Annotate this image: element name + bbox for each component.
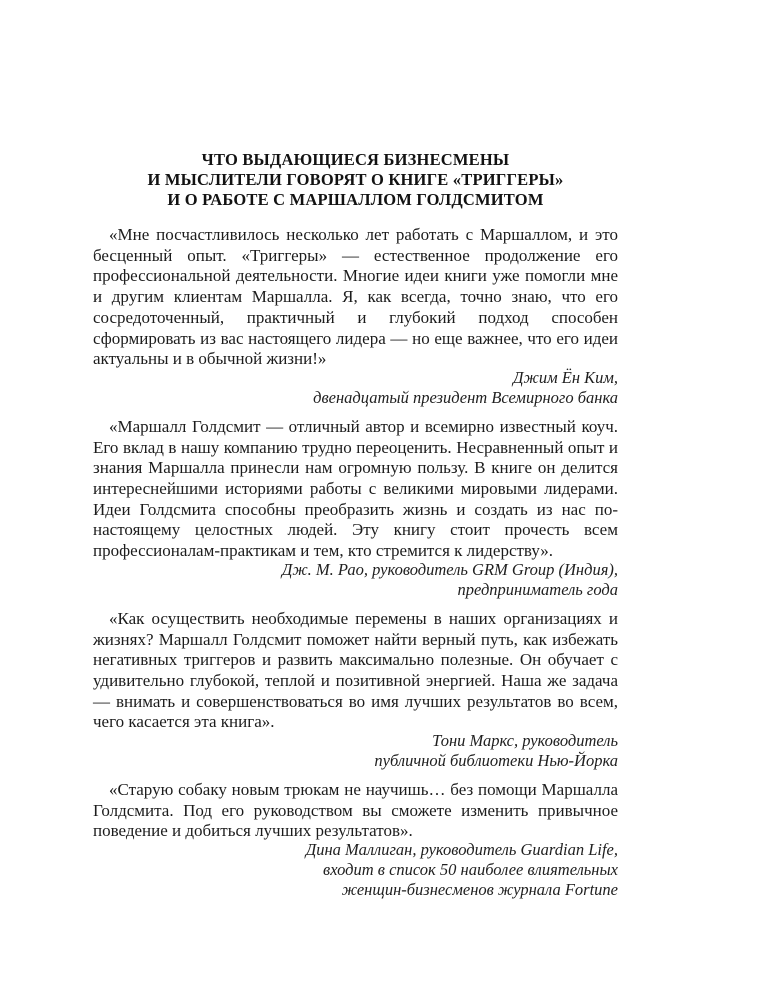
page-content: ЧТО ВЫДАЮЩИЕСЯ БИЗНЕСМЕНЫ И МЫСЛИТЕЛИ ГО… (93, 150, 618, 909)
testimonial: «Маршалл Голдсмит — отличный автор и все… (93, 417, 618, 600)
testimonial-attribution: Дж. М. Рао, руководитель GRM Group (Инди… (93, 560, 618, 600)
attribution-line: входит в список 50 наиболее влиятельных (93, 860, 618, 880)
title-line: И МЫСЛИТЕЛИ ГОВОРЯТ О КНИГЕ «ТРИГГЕРЫ» (93, 170, 618, 190)
page-title: ЧТО ВЫДАЮЩИЕСЯ БИЗНЕСМЕНЫ И МЫСЛИТЕЛИ ГО… (93, 150, 618, 210)
title-line: И О РАБОТЕ С МАРШАЛЛОМ ГОЛДСМИТОМ (93, 190, 618, 210)
testimonial-attribution: Тони Маркс, руководитель публичной библи… (93, 731, 618, 771)
testimonial: «Как осуществить необходимые перемены в … (93, 609, 618, 771)
attribution-line: Тони Маркс, руководитель (93, 731, 618, 751)
testimonial-quote: «Маршалл Голдсмит — отличный автор и все… (93, 417, 618, 562)
attribution-line: Дж. М. Рао, руководитель GRM Group (Инди… (93, 560, 618, 580)
book-page: ЧТО ВЫДАЮЩИЕСЯ БИЗНЕСМЕНЫ И МЫСЛИТЕЛИ ГО… (0, 0, 760, 1001)
testimonial: «Старую собаку новым трюкам не научишь… … (93, 780, 618, 900)
attribution-line: предприниматель года (93, 580, 618, 600)
title-line: ЧТО ВЫДАЮЩИЕСЯ БИЗНЕСМЕНЫ (93, 150, 618, 170)
testimonial: «Мне посчастливилось несколько лет работ… (93, 225, 618, 408)
testimonial-quote: «Как осуществить необходимые перемены в … (93, 609, 618, 733)
attribution-line: двенадцатый президент Всемирного банка (93, 388, 618, 408)
attribution-line: Дина Маллиган, руководитель Guardian Lif… (93, 840, 618, 860)
testimonial-quote: «Старую собаку новым трюкам не научишь… … (93, 780, 618, 842)
testimonial-attribution: Джим Ён Ким, двенадцатый президент Всеми… (93, 368, 618, 408)
attribution-line: женщин-бизнесменов журнала Fortune (93, 880, 618, 900)
testimonial-attribution: Дина Маллиган, руководитель Guardian Lif… (93, 840, 618, 900)
attribution-line: публичной библиотеки Нью-Йорка (93, 751, 618, 771)
testimonial-quote: «Мне посчастливилось несколько лет работ… (93, 225, 618, 370)
attribution-line: Джим Ён Ким, (93, 368, 618, 388)
